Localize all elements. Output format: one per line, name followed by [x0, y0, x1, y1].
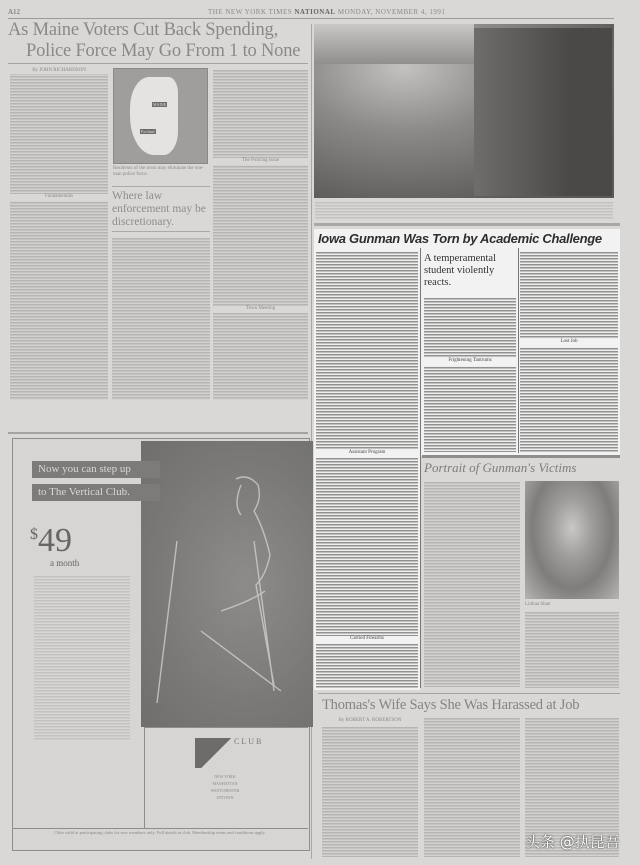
logo-word: CLUB [234, 737, 263, 746]
portrait-column-1 [424, 482, 520, 687]
issue-date: MONDAY, NOVEMBER 4, 1991 [338, 8, 445, 16]
divider [314, 223, 620, 226]
masthead: A12 THE NEW YORK TIMES NATIONAL MONDAY, … [8, 6, 614, 19]
divider [8, 432, 308, 434]
divider [422, 455, 620, 458]
iowa-column-1 [316, 252, 418, 452]
subhead: The Policing Issue [213, 158, 308, 165]
watermark: 头条 @执昆吾 [525, 831, 620, 852]
subhead: Lost Job [520, 339, 618, 347]
thomas-headline: Thomas's Wife Says She Was Harassed at J… [322, 697, 620, 714]
photo-caption [315, 202, 613, 220]
subhead: Assistant Program [316, 450, 418, 458]
photo-police-chief [474, 28, 612, 196]
iowa-column-4 [316, 455, 418, 688]
subhead: Carried Firearms [316, 636, 418, 644]
map-caption: Residents of the town may eliminate the … [113, 166, 208, 178]
maine-column-1 [10, 70, 108, 400]
divider [8, 63, 308, 64]
ad-price: $49 [30, 522, 72, 560]
ad-price-period: a month [50, 558, 79, 568]
thomas-column-1 [322, 727, 418, 857]
ad-tagline-1: Now you can step up [32, 461, 160, 478]
ad-tagline-2: to The Vertical Club. [32, 484, 160, 501]
section-name: NATIONAL [294, 8, 335, 16]
maine-column-3 [213, 70, 308, 400]
portrait-column-2 [525, 612, 619, 688]
ad-locations: NEW YORK MANHATTAN WESTCHESTER UPTOWN [150, 773, 300, 801]
thomas-column-2 [424, 718, 520, 857]
map-label: MAINE [152, 102, 167, 107]
map-landmass [130, 77, 178, 155]
iowa-column-2 [424, 298, 516, 452]
subhead: Town Meeting [213, 306, 308, 313]
ad-photo-climber [141, 441, 313, 727]
iowa-column-3 [520, 252, 618, 452]
byline: By JOHN RICHARDSON [10, 68, 108, 74]
paper-name: THE NEW YORK TIMES NATIONAL MONDAY, NOVE… [208, 8, 445, 16]
byline: By ROBERT A. ROBERTSON [322, 718, 418, 725]
ad-footer: Offer valid at participating clubs for n… [12, 828, 308, 851]
ad-body-text [34, 576, 130, 741]
portrait-headline: Portrait of Gunman's Victims [424, 460, 620, 476]
subhead: Fundamentals [10, 194, 108, 201]
divider [318, 693, 620, 694]
vertical-club-logo [195, 738, 237, 768]
victim-photo-caption: Linhua Shan [525, 602, 619, 608]
ad-divider [144, 727, 308, 728]
climber-figure [141, 441, 313, 727]
pull-quote: Where law enforcement may be discretiona… [112, 186, 210, 232]
photo-sky [314, 24, 474, 64]
ad-divider [144, 727, 145, 828]
maine-column-2 [112, 238, 210, 400]
map-label: Portland [140, 129, 156, 134]
page-number: A12 [8, 8, 20, 16]
maine-map: MAINE Portland [113, 68, 208, 164]
iowa-deck: A temperamental student violently reacts… [424, 253, 510, 295]
victim-photo [525, 481, 619, 599]
maine-headline: As Maine Voters Cut Back Spending, Polic… [8, 20, 308, 62]
subhead: Frightening Tantrums [424, 358, 516, 366]
column-rule [518, 248, 519, 453]
iowa-headline: Iowa Gunman Was Torn by Academic Challen… [316, 230, 620, 248]
column-rule [420, 248, 421, 688]
police-photo [314, 24, 614, 198]
